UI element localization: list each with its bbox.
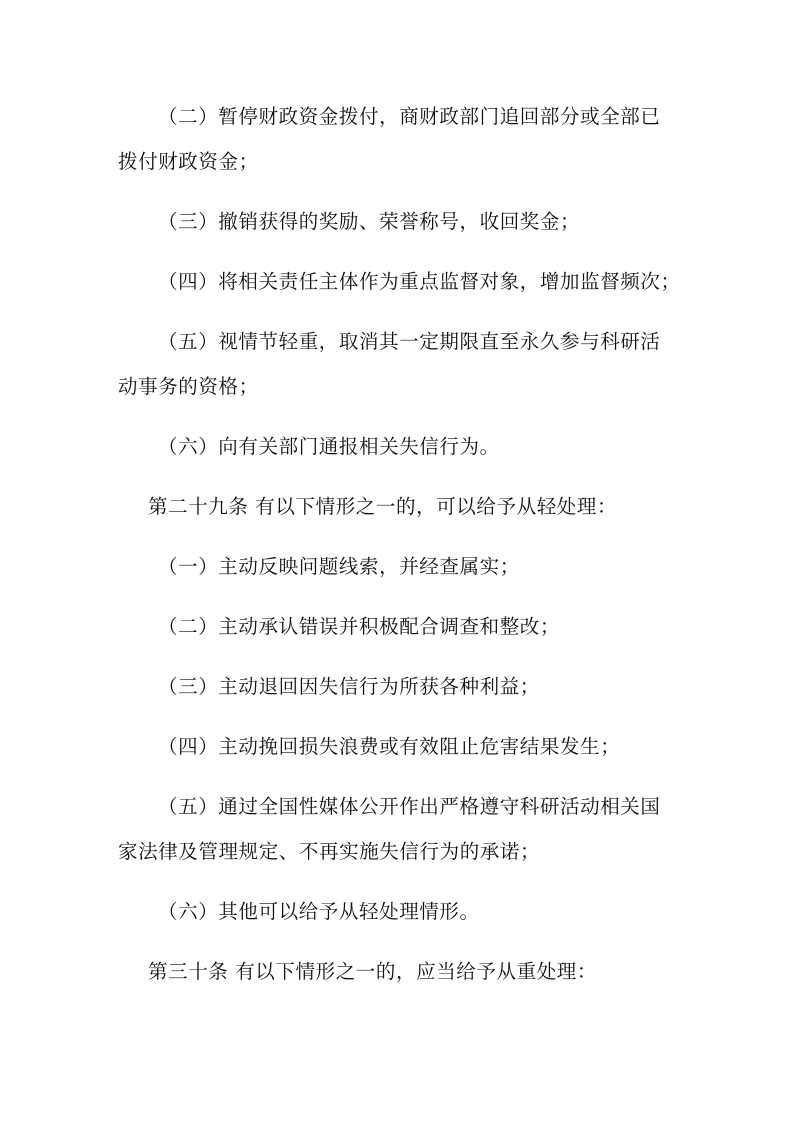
clause-3: （三）撤销获得的奖励、荣誉称号，收回奖金； bbox=[158, 210, 580, 234]
article-29-item-6: （六）其他可以给予从轻处理情形。 bbox=[158, 900, 480, 924]
article-30-heading: 第三十条 有以下情形之一的，应当给予从重处理： bbox=[148, 960, 597, 984]
article-29-item-5-line-2: 家法律及管理规定、不再实施失信行为的承诺； bbox=[118, 840, 540, 864]
article-29-heading: 第二十九条 有以下情形之一的，可以给予从轻处理： bbox=[148, 495, 617, 519]
clause-4: （四）将相关责任主体作为重点监督对象，增加监督频次； bbox=[158, 270, 681, 294]
clause-6: （六）向有关部门通报相关失信行为。 bbox=[158, 435, 500, 459]
clause-5-line-2: 动事务的资格； bbox=[118, 375, 259, 399]
article-29-item-5-line-1: （五）通过全国性媒体公开作出严格遵守科研活动相关国 bbox=[158, 795, 661, 819]
clause-5-line-1: （五）视情节轻重，取消其一定期限直至永久参与科研活 bbox=[158, 330, 661, 354]
clause-2-line-1: （二）暂停财政资金拨付，商财政部门追回部分或全部已 bbox=[158, 105, 661, 129]
clause-2-line-2: 拨付财政资金； bbox=[118, 150, 259, 174]
article-29-item-4: （四）主动挽回损失浪费或有效阻止危害结果发生； bbox=[158, 735, 620, 759]
article-29-item-2: （二）主动承认错误并积极配合调查和整改； bbox=[158, 615, 560, 639]
article-29-item-3: （三）主动退回因失信行为所获各种利益； bbox=[158, 675, 540, 699]
article-29-item-1: （一）主动反映问题线索，并经查属实； bbox=[158, 555, 520, 579]
